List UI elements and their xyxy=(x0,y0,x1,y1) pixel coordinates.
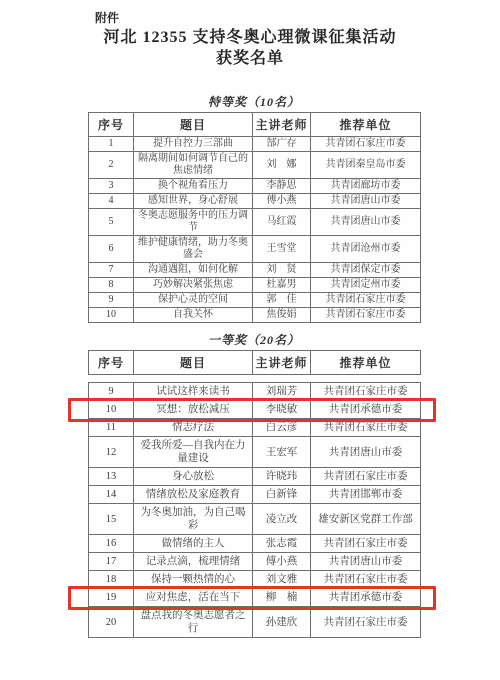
table-cell-title: 应对焦虑，活在当下 xyxy=(134,589,253,607)
table-cell-title: 沟通遇阻，如何化解 xyxy=(134,263,253,278)
table-row: 15为冬奥加油，为自己喝彩凌立改雄安新区党群工作部 xyxy=(89,504,421,535)
column-header: 序号 xyxy=(89,351,134,375)
table-cell-unit: 共青团廊坊市委 xyxy=(311,179,421,194)
table-cell-unit: 共青团邯郸市委 xyxy=(311,486,421,504)
column-header: 主讲老师 xyxy=(253,351,311,375)
table-cell-teacher: 刘 贤 xyxy=(253,263,311,278)
table-cell-unit: 共青团石家庄市委 xyxy=(311,535,421,553)
table-cell-title: 情志疗法 xyxy=(134,419,253,437)
table-cell-teacher: 李晓敏 xyxy=(253,401,311,419)
table-cell-unit: 共青团石家庄市委 xyxy=(311,137,421,152)
table-cell-teacher: 刘文雅 xyxy=(253,571,311,589)
column-header: 推荐单位 xyxy=(311,351,421,375)
table-cell-teacher: 张志霞 xyxy=(253,535,311,553)
table-cell-teacher: 柳 楠 xyxy=(253,589,311,607)
table-cell-teacher: 许晓玮 xyxy=(253,468,311,486)
table-cell-no: 5 xyxy=(89,209,134,236)
table-cell-title: 换个视角看压力 xyxy=(134,179,253,194)
document-page: 附件 河北 12355 支持冬奥心理微课征集活动 获奖名单 特等奖（10名） 序… xyxy=(0,0,500,680)
table-cell-unit: 共青团承德市委 xyxy=(311,589,421,607)
table-cell-no: 2 xyxy=(89,152,134,179)
table-cell-unit: 共青团唐山市委 xyxy=(311,437,421,468)
document-content: 特等奖（10名） 序号题目主讲老师推荐单位 1提升自控力三部曲郜广存共青团石家庄… xyxy=(88,94,420,638)
table-row: 16做情绪的主人张志霞共青团石家庄市委 xyxy=(89,535,421,553)
table-cell-unit: 共青团唐山市委 xyxy=(311,209,421,236)
table-row: 10自我关怀焦俊娟共青团石家庄市委 xyxy=(89,308,421,323)
table-cell-unit: 共青团石家庄市委 xyxy=(311,308,421,323)
table-cell-no: 10 xyxy=(89,401,134,419)
table-cell-title: 爱我所爱—自我内在力量建设 xyxy=(134,437,253,468)
table-header: 序号题目主讲老师推荐单位 xyxy=(89,113,421,137)
table-cell-title: 冬奥志愿服务中的压力调节 xyxy=(134,209,253,236)
table-row: 19应对焦虑，活在当下柳 楠共青团承德市委 xyxy=(89,589,421,607)
table-cell-no: 14 xyxy=(89,486,134,504)
column-header: 题目 xyxy=(134,113,253,137)
table-cell-title: 记录点滴，梳理情绪 xyxy=(134,553,253,571)
table-cell-teacher: 王宏军 xyxy=(253,437,311,468)
table-row: 8巧妙解决紧张焦虑杜嘉男共青团定州市委 xyxy=(89,278,421,293)
table-cell-teacher: 凌立改 xyxy=(253,504,311,535)
table-cell-title: 做情绪的主人 xyxy=(134,535,253,553)
table-cell-unit: 共青团石家庄市委 xyxy=(311,607,421,638)
table-cell-no: 1 xyxy=(89,137,134,152)
table-gap-row xyxy=(89,375,421,383)
table-cell-unit: 共青团石家庄市委 xyxy=(311,571,421,589)
table-cell-teacher: 焦俊娟 xyxy=(253,308,311,323)
header-row: 序号题目主讲老师推荐单位 xyxy=(89,113,421,137)
table-cell-teacher: 马红霞 xyxy=(253,209,311,236)
table-cell-unit: 共青团唐山市委 xyxy=(311,194,421,209)
table-row: 17记录点滴，梳理情绪傅小燕共青团唐山市委 xyxy=(89,553,421,571)
table-cell-no: 10 xyxy=(89,308,134,323)
table-body: 1提升自控力三部曲郜广存共青团石家庄市委2隔离期间如何调节自己的焦虑情绪刘 娜共… xyxy=(89,137,421,323)
table-cell-unit: 雄安新区党群工作部 xyxy=(311,504,421,535)
table-row: 9保护心灵的空间郭 佳共青团石家庄市委 xyxy=(89,293,421,308)
table-cell-teacher: 傅小燕 xyxy=(253,553,311,571)
table-cell-unit: 共青团保定市委 xyxy=(311,263,421,278)
table-cell-unit: 共青团石家庄市委 xyxy=(311,383,421,401)
table-cell-title: 冥想：放松减压 xyxy=(134,401,253,419)
table-cell-unit: 共青团唐山市委 xyxy=(311,553,421,571)
column-header: 序号 xyxy=(89,113,134,137)
table-row: 4感知世界，身心舒展傅小燕共青团唐山市委 xyxy=(89,194,421,209)
table-cell-title: 情绪放松及家庭教育 xyxy=(134,486,253,504)
table-cell-no: 3 xyxy=(89,179,134,194)
table-cell-title: 巧妙解决紧张焦虑 xyxy=(134,278,253,293)
column-header: 题目 xyxy=(134,351,253,375)
table-cell-title: 保护心灵的空间 xyxy=(134,293,253,308)
table-row: 6维护健康情绪，助力冬奥盛会王雪堂共青团沧州市委 xyxy=(89,236,421,263)
table-cell-teacher: 郭 佳 xyxy=(253,293,311,308)
table-row: 5冬奥志愿服务中的压力调节马红霞共青团唐山市委 xyxy=(89,209,421,236)
table-cell-no: 4 xyxy=(89,194,134,209)
document-title: 河北 12355 支持冬奥心理微课征集活动 获奖名单 xyxy=(0,27,500,69)
table-cell-no: 16 xyxy=(89,535,134,553)
table-cell-no: 19 xyxy=(89,589,134,607)
table-cell-title: 自我关怀 xyxy=(134,308,253,323)
section-first-prize: 一等奖（20名） 序号题目主讲老师推荐单位 9试试这样来读书刘瑞芳共青团石家庄市… xyxy=(88,332,420,638)
table-cell-title: 感知世界，身心舒展 xyxy=(134,194,253,209)
table-row: 3换个视角看压力李静思共青团廊坊市委 xyxy=(89,179,421,194)
table-cell-teacher: 郜广存 xyxy=(253,137,311,152)
table-cell-teacher: 杜嘉男 xyxy=(253,278,311,293)
column-header: 主讲老师 xyxy=(253,113,311,137)
table-row: 20盘点我的冬奥志愿者之行孙建欣共青团石家庄市委 xyxy=(89,607,421,638)
table-cell-unit: 共青团石家庄市委 xyxy=(311,468,421,486)
table-cell-title: 身心放松 xyxy=(134,468,253,486)
table-row: 10冥想：放松减压李晓敏共青团承德市委 xyxy=(89,401,421,419)
table-cell-unit: 共青团石家庄市委 xyxy=(311,293,421,308)
table-cell-no: 13 xyxy=(89,468,134,486)
table-cell-no: 15 xyxy=(89,504,134,535)
table-cell-teacher: 白新锋 xyxy=(253,486,311,504)
table-cell-title: 提升自控力三部曲 xyxy=(134,137,253,152)
table-cell-unit: 共青团沧州市委 xyxy=(311,236,421,263)
section-title: 特等奖（10名） xyxy=(88,94,420,110)
table-cell-title: 维护健康情绪，助力冬奥盛会 xyxy=(134,236,253,263)
header-row: 序号题目主讲老师推荐单位 xyxy=(89,351,421,375)
document-title-line2: 获奖名单 xyxy=(0,48,500,69)
table-row: 9试试这样来读书刘瑞芳共青团石家庄市委 xyxy=(89,383,421,401)
section-title: 一等奖（20名） xyxy=(88,332,420,348)
table-cell-no: 9 xyxy=(89,383,134,401)
table-cell-teacher: 孙建欣 xyxy=(253,607,311,638)
table-cell-teacher: 刘 娜 xyxy=(253,152,311,179)
table-cell-no: 11 xyxy=(89,419,134,437)
table-cell-no: 17 xyxy=(89,553,134,571)
table-cell-teacher: 白云彦 xyxy=(253,419,311,437)
table-row: 12爱我所爱—自我内在力量建设王宏军共青团唐山市委 xyxy=(89,437,421,468)
table-row: 18保持一颗热情的心刘文雅共青团石家庄市委 xyxy=(89,571,421,589)
first-prize-table: 序号题目主讲老师推荐单位 9试试这样来读书刘瑞芳共青团石家庄市委10冥想：放松减… xyxy=(88,350,421,638)
table-cell-title: 为冬奥加油，为自己喝彩 xyxy=(134,504,253,535)
table-row: 13身心放松许晓玮共青团石家庄市委 xyxy=(89,468,421,486)
table-cell-teacher: 刘瑞芳 xyxy=(253,383,311,401)
table-row: 11情志疗法白云彦共青团石家庄市委 xyxy=(89,419,421,437)
table-cell-unit: 共青团秦皇岛市委 xyxy=(311,152,421,179)
table-cell-no: 9 xyxy=(89,293,134,308)
table-cell-title: 试试这样来读书 xyxy=(134,383,253,401)
table-row: 14情绪放松及家庭教育白新锋共青团邯郸市委 xyxy=(89,486,421,504)
table-cell-teacher: 李静思 xyxy=(253,179,311,194)
document-title-line1: 河北 12355 支持冬奥心理微课征集活动 xyxy=(0,27,500,48)
table-cell-no: 7 xyxy=(89,263,134,278)
table-cell-unit: 共青团石家庄市委 xyxy=(311,419,421,437)
special-prize-table: 序号题目主讲老师推荐单位 1提升自控力三部曲郜广存共青团石家庄市委2隔离期间如何… xyxy=(88,112,421,323)
table-cell-teacher: 傅小燕 xyxy=(253,194,311,209)
table-cell-title: 盘点我的冬奥志愿者之行 xyxy=(134,607,253,638)
table-cell-no: 18 xyxy=(89,571,134,589)
table-cell-unit: 共青团定州市委 xyxy=(311,278,421,293)
table-cell-no: 6 xyxy=(89,236,134,263)
table-header: 序号题目主讲老师推荐单位 xyxy=(89,351,421,375)
attachment-label: 附件 xyxy=(95,9,119,26)
table-cell-no: 12 xyxy=(89,437,134,468)
section-special-prize: 特等奖（10名） 序号题目主讲老师推荐单位 1提升自控力三部曲郜广存共青团石家庄… xyxy=(88,94,420,323)
column-header: 推荐单位 xyxy=(311,113,421,137)
table-cell-title: 隔离期间如何调节自己的焦虑情绪 xyxy=(134,152,253,179)
table-body: 9试试这样来读书刘瑞芳共青团石家庄市委10冥想：放松减压李晓敏共青团承德市委11… xyxy=(89,375,421,638)
table-gap-cell xyxy=(89,375,421,383)
table-cell-no: 8 xyxy=(89,278,134,293)
table-row: 2隔离期间如何调节自己的焦虑情绪刘 娜共青团秦皇岛市委 xyxy=(89,152,421,179)
table-cell-no: 20 xyxy=(89,607,134,638)
table-row: 1提升自控力三部曲郜广存共青团石家庄市委 xyxy=(89,137,421,152)
table-cell-teacher: 王雪堂 xyxy=(253,236,311,263)
table-row: 7沟通遇阻，如何化解刘 贤共青团保定市委 xyxy=(89,263,421,278)
table-cell-title: 保持一颗热情的心 xyxy=(134,571,253,589)
table-cell-unit: 共青团承德市委 xyxy=(311,401,421,419)
